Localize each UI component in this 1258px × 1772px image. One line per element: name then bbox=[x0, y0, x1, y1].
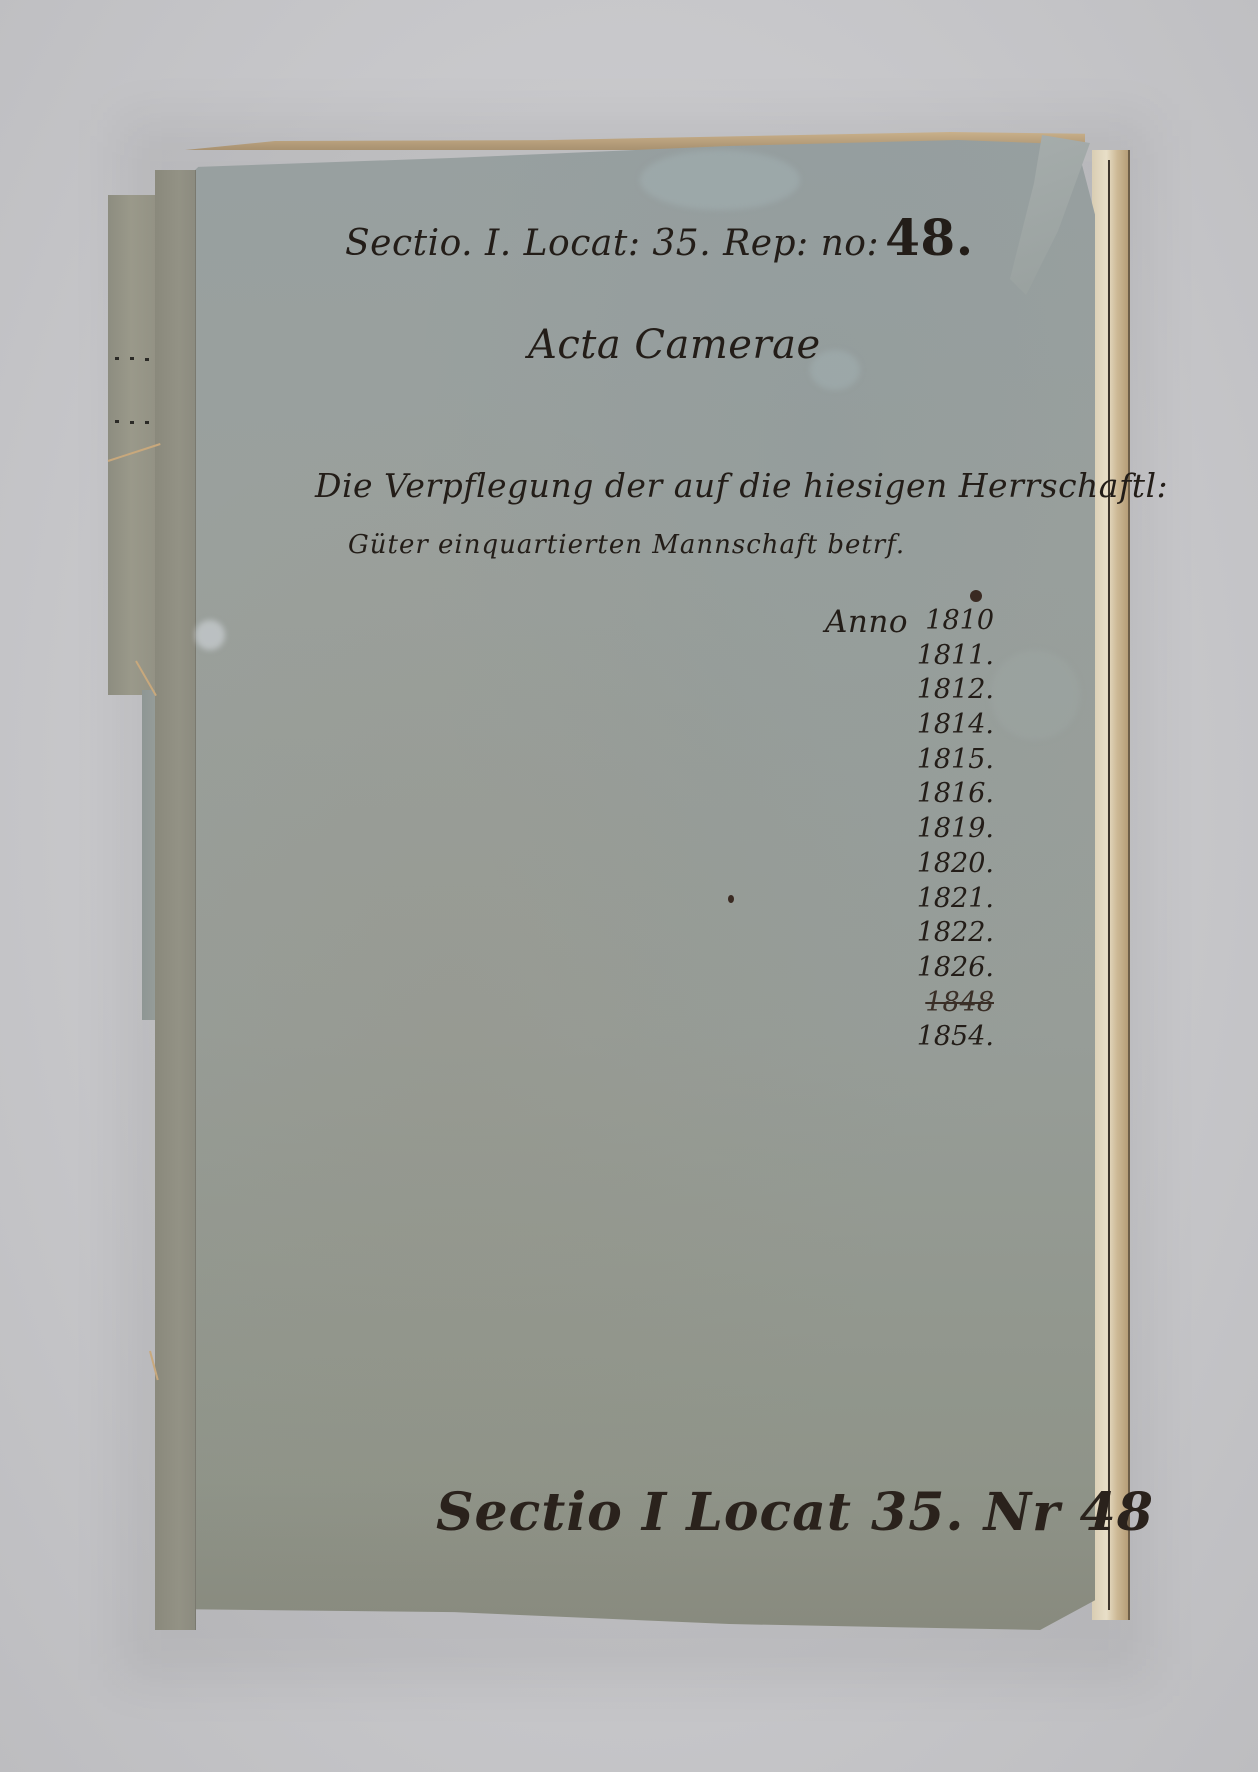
document-title: Acta Camerae bbox=[528, 322, 821, 368]
stitch-hole bbox=[115, 420, 119, 423]
water-stain bbox=[195, 620, 225, 650]
subject-line-1: Die Verpflegung der auf die hiesigen Her… bbox=[315, 466, 1168, 505]
year-entry: 1820. bbox=[906, 847, 1006, 882]
header-reference-number: 48. bbox=[885, 208, 974, 267]
page-edges bbox=[1092, 150, 1130, 1620]
stitch-hole bbox=[145, 358, 149, 361]
year-entry: 1812. bbox=[906, 673, 1006, 708]
year-entry: 1810 bbox=[906, 604, 1006, 639]
water-stain bbox=[640, 150, 800, 210]
year-entry: 1821. bbox=[906, 882, 1006, 917]
year-entry: 1815. bbox=[906, 743, 1006, 778]
year-entry: 1822. bbox=[906, 916, 1006, 951]
stitch-hole bbox=[130, 357, 134, 360]
spine-strip bbox=[155, 170, 196, 1630]
year-entry: 1854. bbox=[906, 1020, 1006, 1055]
year-entry: 1816. bbox=[906, 777, 1006, 812]
page-edge-line bbox=[1108, 160, 1110, 1610]
footer-reference: Sectio I Locat 35. Nr 48 bbox=[436, 1482, 1154, 1543]
year-entry: 1826. bbox=[906, 951, 1006, 986]
header-reference-text: Sectio. I. Locat: 35. Rep: no: bbox=[345, 223, 879, 264]
year-entry: 1811. bbox=[906, 639, 1006, 674]
year-entry: 1819. bbox=[906, 812, 1006, 847]
header-reference: Sectio. I. Locat: 35. Rep: no:48. bbox=[345, 208, 974, 267]
ink-blot bbox=[728, 895, 734, 903]
years-list: 1810 1811. 1812. 1814. 1815. 1816. 1819.… bbox=[906, 640, 1006, 1055]
year-entry: 1814. bbox=[906, 708, 1006, 743]
stitch-hole bbox=[145, 421, 149, 424]
year-entry-struck: 1848 bbox=[906, 986, 1006, 1021]
subject-line-2: Güter einquartierten Mannschaft betrf. bbox=[348, 530, 905, 560]
stitch-hole bbox=[130, 421, 134, 424]
years-label: Anno bbox=[825, 604, 908, 640]
ink-blot bbox=[970, 590, 982, 602]
stitch-hole bbox=[115, 357, 119, 360]
